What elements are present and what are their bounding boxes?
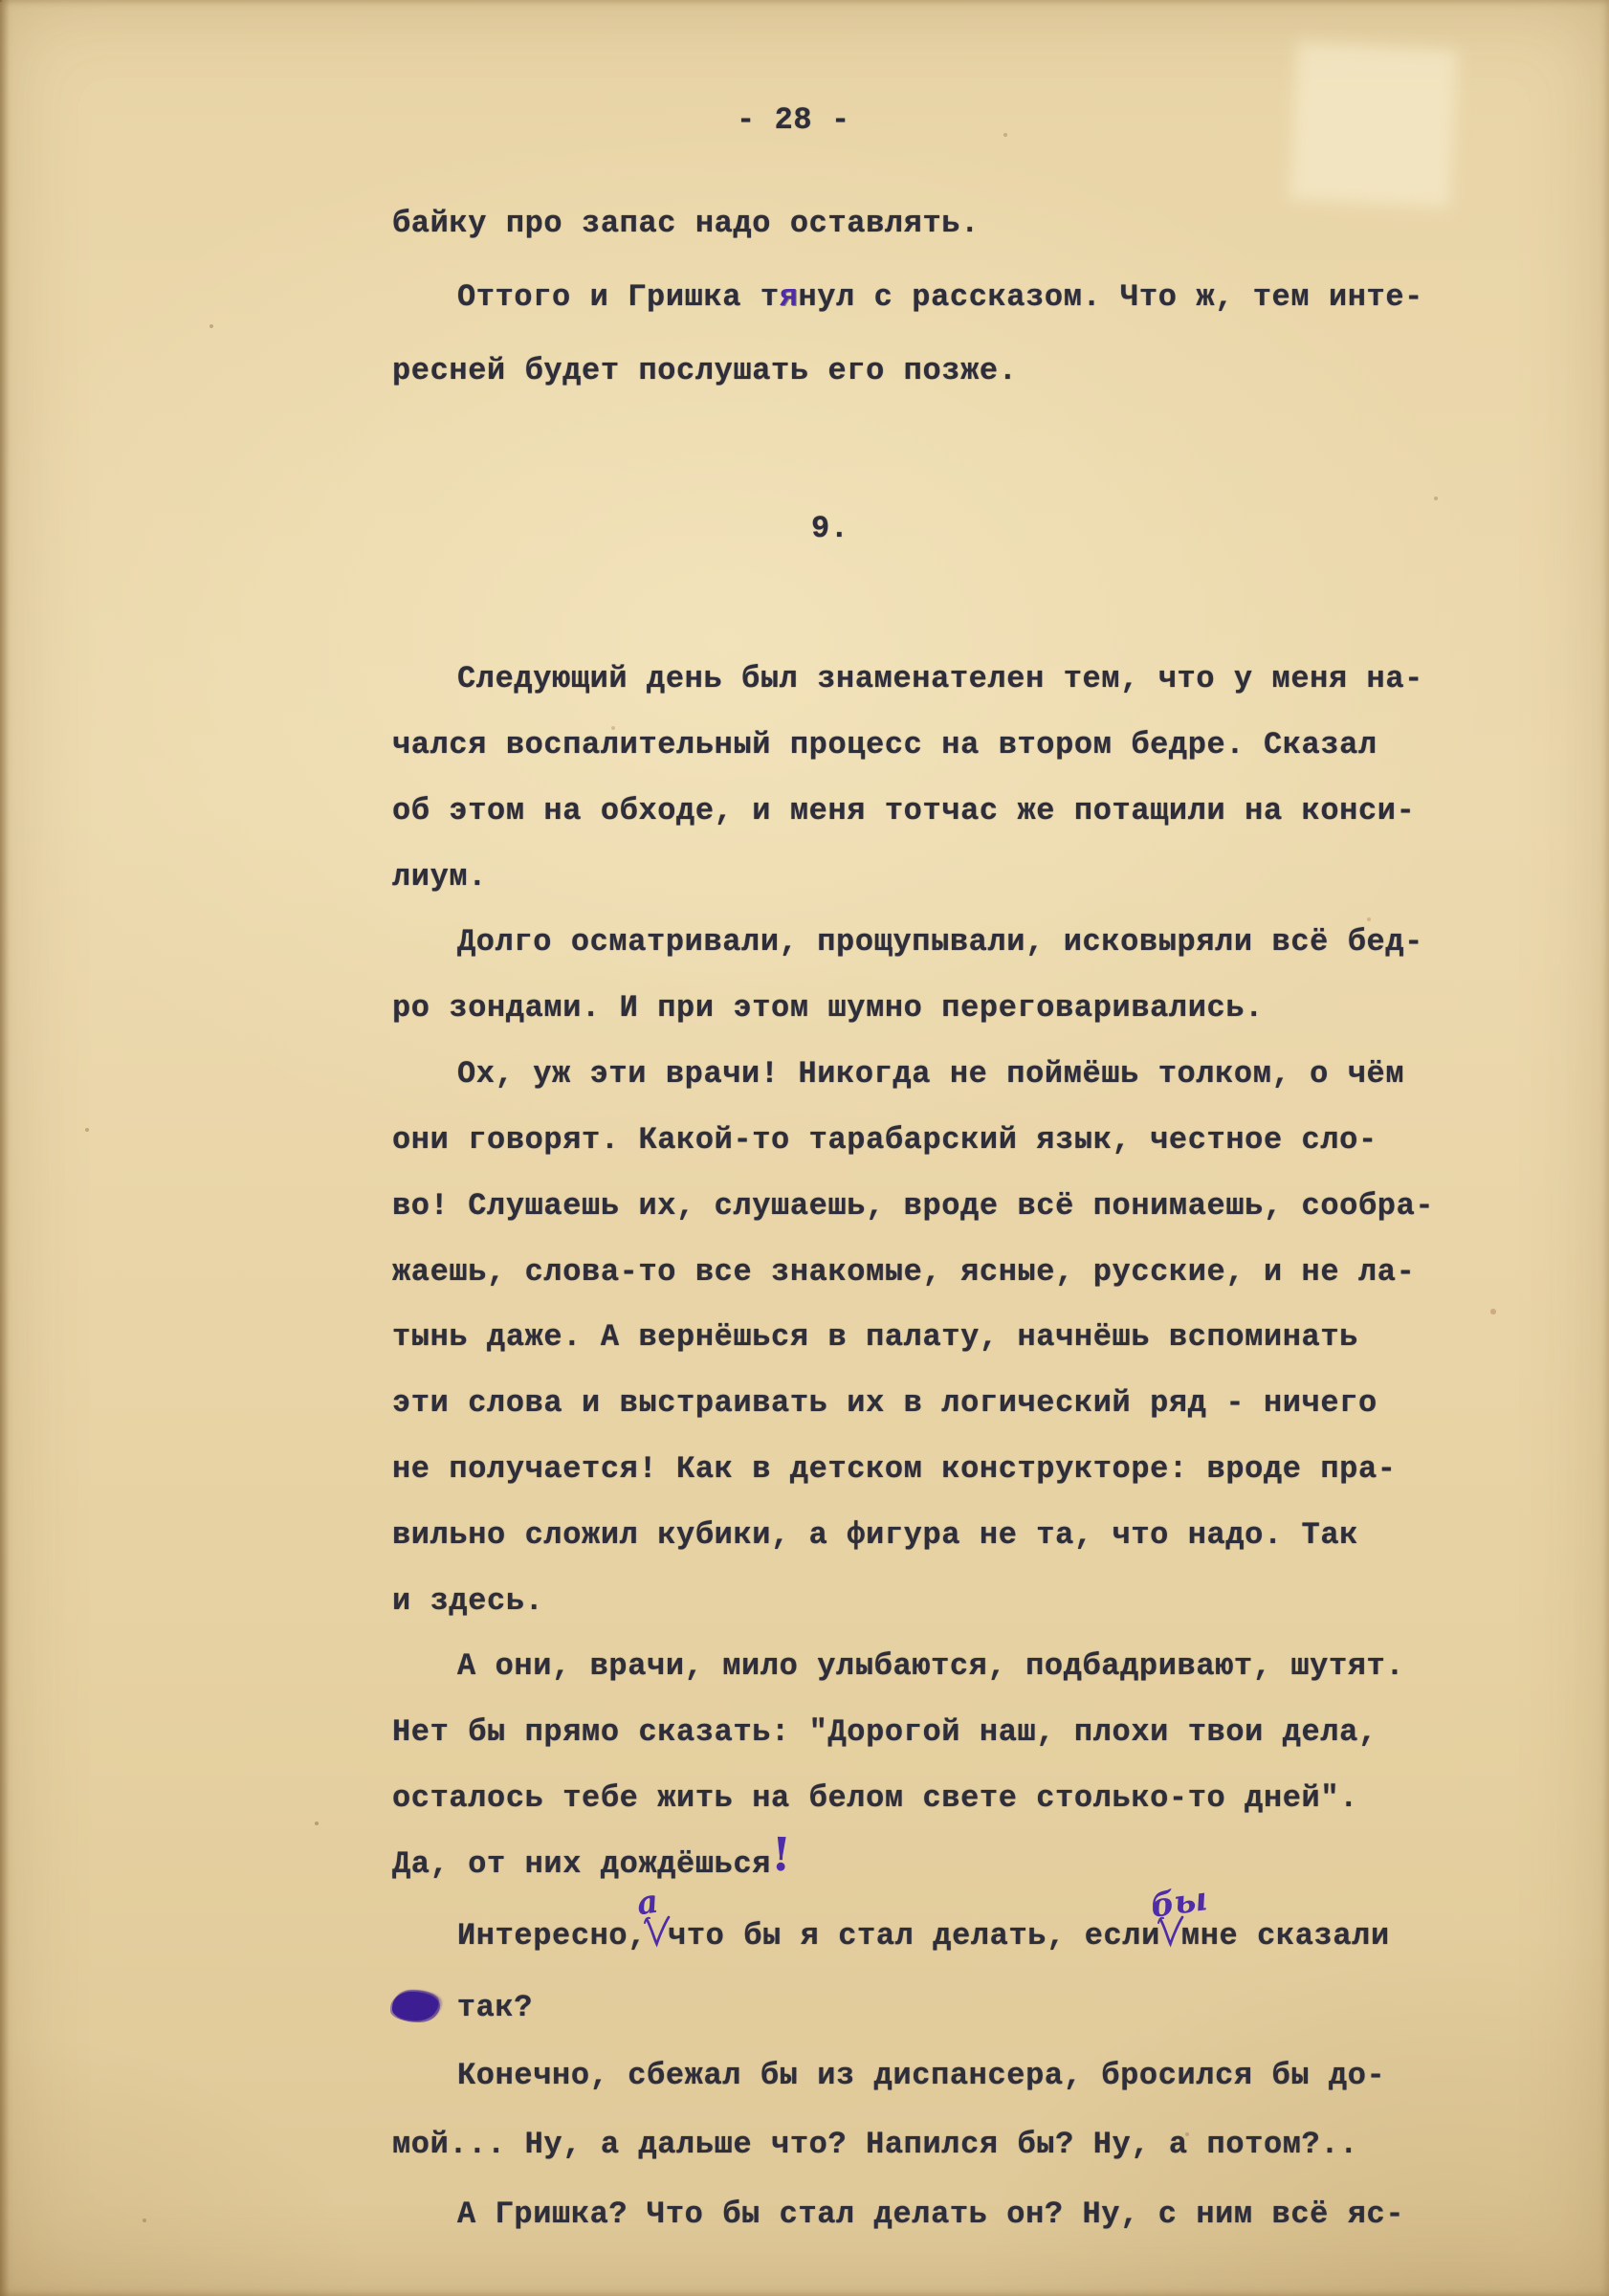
typed-text: и здесь. (392, 1583, 543, 1619)
typescript-line: А Гришка? Что бы стал делать он? Ну, с н… (457, 2196, 1404, 2234)
typescript-line: так? (392, 1989, 533, 2027)
typescript-line: А они, врачи, мило улыбаются, подбадрива… (457, 1647, 1404, 1686)
typed-text: лиум. (392, 859, 487, 894)
typescript-line: Долго осматривали, прощупывали, исковыря… (457, 923, 1423, 961)
typescript-line: Да, от них дождёшься! (392, 1845, 792, 1884)
typed-text: не получается! Как в детском конструктор… (392, 1451, 1397, 1487)
typescript-line: Оттого и Гришка тянул с рассказом. Что ж… (457, 278, 1423, 317)
typescript-line: ро зондами. И при этом шумно переговарив… (392, 989, 1264, 1027)
typed-text: ресней будет послушать его позже. (392, 353, 1018, 388)
typed-text: мой... Ну, а дальше что? Напился бы? Ну,… (392, 2127, 1358, 2162)
typescript-line: Интересно,ачто бы я стал делать, еслибым… (457, 1917, 1390, 1955)
typescript-line: не получается! Как в детском конструктор… (392, 1450, 1397, 1489)
typed-text: об этом на обходе, и меня тотчас же пота… (392, 793, 1415, 828)
typed-text: что бы я стал делать, если (668, 1918, 1160, 1954)
typescript-line: вильно сложил кубики, а фигура не та, чт… (392, 1516, 1358, 1555)
typescript-line: они говорят. Какой-то тарабарский язык, … (392, 1121, 1378, 1159)
typed-text: мне сказали (1181, 1918, 1390, 1954)
typed-text: - 28 - (737, 102, 850, 138)
typescript-line: мой... Ну, а дальше что? Напился бы? Ну,… (392, 2126, 1358, 2164)
typed-text: нул с рассказом. Что ж, тем инте- (798, 279, 1423, 315)
typed-text: так? (438, 1990, 533, 2025)
typed-text: осталось тебе жить на белом свете стольк… (392, 1780, 1358, 1816)
typescript-line: во! Слушаешь их, слушаешь, вроде всё пон… (392, 1187, 1434, 1225)
pen-exclamation-mark: ! (771, 1855, 792, 1856)
typescript-line: жаешь, слова-то все знакомые, ясные, рус… (392, 1253, 1415, 1291)
typescript-line: Ох, уж эти врачи! Никогда не поймёшь тол… (457, 1055, 1404, 1093)
pen-inserted-word: а (635, 1886, 661, 1921)
typescript-line: байку про запас надо оставлять. (392, 205, 980, 243)
typed-text: Да, от них дождёшься (392, 1846, 771, 1882)
page-number: - 28 - (737, 101, 850, 140)
typescript-line: лиум. (392, 858, 487, 896)
typescript-line: чался воспалительный процесс на втором б… (392, 726, 1378, 764)
typed-text: Нет бы прямо сказать: "Дорогой наш, плох… (392, 1714, 1378, 1750)
typescript-line: Конечно, сбежал бы из диспансера, бросил… (457, 2057, 1385, 2095)
typed-text: чался воспалительный процесс на втором б… (392, 727, 1378, 762)
typed-text: вильно сложил кубики, а фигура не та, чт… (392, 1517, 1358, 1553)
pen-caret-insertion: бы (1160, 1917, 1181, 1950)
typed-text: Следующий день был знаменателен тем, что… (457, 661, 1423, 696)
typescript-line: и здесь. (392, 1582, 543, 1621)
paper-left-edge-shadow (0, 0, 10, 2296)
typed-text: байку про запас надо оставлять. (392, 206, 980, 241)
typescript-line: Нет бы прямо сказать: "Дорогой наш, плох… (392, 1713, 1378, 1752)
typescript-line: об этом на обходе, и меня тотчас же пота… (392, 792, 1415, 830)
pen-overtyped-letter: я (780, 279, 799, 315)
pen-inserted-word: бы (1149, 1883, 1209, 1923)
typescript-line: эти слова и выстраивать их в логический … (392, 1384, 1378, 1423)
paper-specks (0, 0, 2, 2)
typed-text: Долго осматривали, прощупывали, исковыря… (457, 924, 1423, 960)
typescript-page: - 28 -байку про запас надо оставлять.Отт… (0, 0, 1609, 2296)
typed-text: ро зондами. И при этом шумно переговарив… (392, 990, 1264, 1026)
typed-text: жаешь, слова-то все знакомые, ясные, рус… (392, 1254, 1415, 1290)
ink-blot-crossed-out-word (392, 1992, 438, 2020)
typed-text: тынь даже. А вернёшься в палату, начнёшь… (392, 1319, 1358, 1355)
typescript-line: тынь даже. А вернёшься в палату, начнёшь… (392, 1318, 1358, 1357)
pen-caret-insertion: а (647, 1917, 668, 1950)
typed-text: А Гришка? Что бы стал делать он? Ну, с н… (457, 2197, 1404, 2232)
typed-text: они говорят. Какой-то тарабарский язык, … (392, 1122, 1378, 1158)
typed-text: 9. (811, 511, 849, 546)
typed-text: Ох, уж эти врачи! Никогда не поймёшь тол… (457, 1056, 1404, 1092)
typescript-line: Следующий день был знаменателен тем, что… (457, 660, 1423, 698)
typed-text: Интересно, (457, 1918, 647, 1954)
typescript-line: осталось тебе жить на белом свете стольк… (392, 1779, 1358, 1818)
typed-text: во! Слушаешь их, слушаешь, вроде всё пон… (392, 1188, 1434, 1224)
paper-ghost-stain (1289, 42, 1458, 209)
section-heading: 9. (811, 510, 849, 548)
typed-text: Оттого и Гришка т (457, 279, 780, 315)
typed-text: А они, врачи, мило улыбаются, подбадрива… (457, 1648, 1404, 1684)
typescript-line: ресней будет послушать его позже. (392, 352, 1018, 390)
typed-text: Конечно, сбежал бы из диспансера, бросил… (457, 2058, 1385, 2093)
typed-text: эти слова и выстраивать их в логический … (392, 1385, 1378, 1421)
